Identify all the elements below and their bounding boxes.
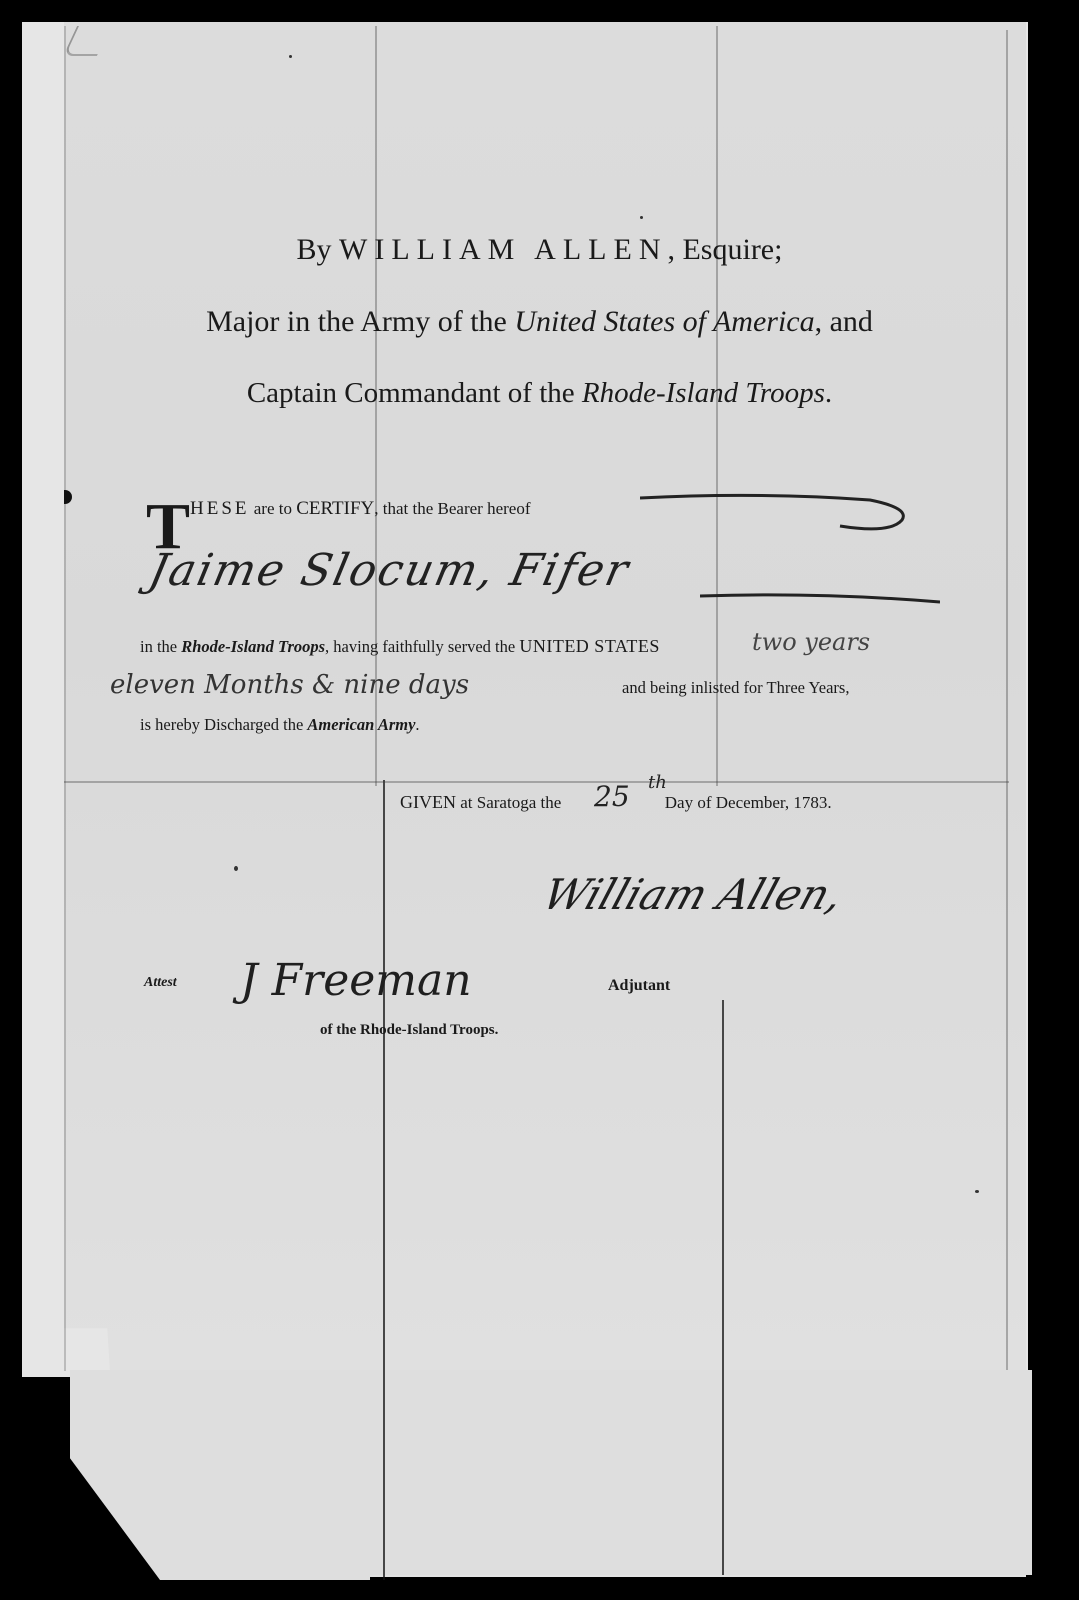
header-and: , and (815, 305, 873, 338)
flourish-top-icon (640, 490, 910, 535)
ink-speck (975, 1190, 979, 1193)
given-location: at Saratoga the (456, 793, 566, 812)
header-by: By (297, 233, 340, 266)
header-period: . (825, 377, 832, 409)
body-army: American Army (307, 715, 415, 734)
body-line-3: is hereby Discharged the American Army. (140, 715, 420, 735)
body-united-states: UNITED STATES (519, 636, 660, 656)
paper-edge-left (64, 26, 66, 1371)
adjutant-signature: J Freeman (240, 955, 472, 1006)
body-in-the: in the (140, 637, 181, 656)
ink-speck (234, 866, 238, 871)
certify-word: CERTIFY (296, 498, 374, 519)
given-date: Day of December, 1783. (661, 793, 832, 812)
certify-are-to: are to (250, 499, 297, 518)
header-name: WILLIAM ALLEN (339, 233, 667, 266)
given-word: GIVEN (400, 792, 456, 812)
header-line-3: Captain Commandant of the Rhode-Island T… (0, 377, 1079, 410)
adjutant-label: Adjutant (608, 977, 670, 995)
body-discharged: is hereby Discharged the (140, 715, 307, 734)
bearer-name-handwritten: Jaime Slocum, Fifer (145, 545, 635, 596)
header-unit: Rhode-Island Troops (582, 377, 825, 409)
fold-line-right-lower (722, 1000, 724, 1575)
service-years-handwritten: two years (752, 628, 870, 656)
service-period-handwritten: eleven Months & nine days (110, 670, 469, 700)
paper-lower-left-panel (70, 1370, 370, 1580)
certify-line: HESE are to CERTIFY, that the Bearer her… (190, 498, 531, 520)
body-period: . (415, 715, 419, 734)
ink-speck (640, 216, 643, 219)
body-line-1: in the Rhode-Island Troops, having faith… (140, 636, 660, 657)
fold-line-left-lower (383, 780, 385, 1580)
day-suffix-handwritten: th (648, 772, 667, 793)
header-rank: Major in the Army of the (206, 305, 514, 338)
header-line-2: Major in the Army of the United States o… (0, 305, 1079, 339)
header-line-1: By WILLIAM ALLEN, Esquire; (0, 233, 1079, 267)
flourish-bottom-icon (700, 590, 940, 610)
body-unit: Rhode-Island Troops (181, 637, 325, 656)
fold-line-horizontal (64, 781, 1009, 783)
certify-these: HESE (190, 498, 250, 519)
day-handwritten: 25 (594, 780, 630, 813)
adjutant-unit: of the Rhode-Island Troops. (320, 1022, 498, 1039)
commander-signature: William Allen, (537, 870, 850, 919)
ink-speck (289, 55, 292, 58)
certify-bearer: , that the Bearer hereof (374, 499, 530, 518)
header-esquire: , Esquire; (667, 233, 782, 266)
body-line-2: and being inlisted for Three Years, (622, 678, 849, 698)
paper-lower-right-panel (370, 1370, 1032, 1575)
body-served: , having faithfully served the (325, 637, 519, 656)
header-country: United States of America (514, 305, 814, 338)
attest-label: Attest (144, 975, 177, 991)
paper-edge-right (1006, 30, 1008, 1370)
header-title: Captain Commandant of the (247, 377, 582, 409)
